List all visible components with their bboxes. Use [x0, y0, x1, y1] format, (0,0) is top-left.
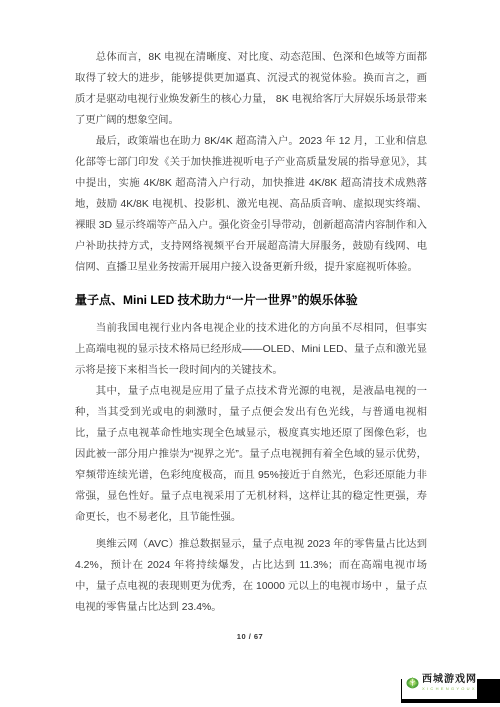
paragraph-quantum-dot-intro: 其中，量子点电视是应用了量子点技术背光源的电视，是液晶电视的一种，当其受到光或电… [75, 381, 427, 528]
watermark: 西城游戏网 X I C H E N G Y O U X I W A N G [402, 666, 477, 699]
watermark-tagline: X I C H E N G Y O U X I W A N G [422, 686, 477, 691]
document-body: 总体而言，8K 电视在清晰度、对比度、动态范围、色深和色域等方面都取得了较大的进… [75, 47, 427, 618]
leaf-logo-icon [405, 675, 420, 690]
paragraph-policy-8k4k: 最后，政策端也在助力 8K/4K 超高清入户。2023 年 12 月，工业和信息… [75, 131, 427, 278]
paragraph-display-tech-landscape: 当前我国电视行业内各电视企业的技术进化的方向虽不尽相同，但事实上高端电视的显示技… [75, 318, 427, 381]
paragraph-avc-data: 奥维云网（AVC）推总数据显示，量子点电视 2023 年的零售量占比达到 4.2… [75, 534, 427, 618]
document-page: 总体而言，8K 电视在清晰度、对比度、动态范围、色深和色域等方面都取得了较大的进… [0, 0, 500, 707]
page-number: 10 / 67 [0, 632, 500, 641]
section-heading: 量子点、Mini LED 技术助力“一片一世界”的娱乐体验 [75, 290, 427, 310]
paragraph-overview-8k: 总体而言，8K 电视在清晰度、对比度、动态范围、色深和色域等方面都取得了较大的进… [75, 47, 427, 131]
watermark-texts: 西城游戏网 X I C H E N G Y O U X I W A N G [422, 674, 477, 692]
watermark-site-name: 西城游戏网 [422, 674, 477, 685]
